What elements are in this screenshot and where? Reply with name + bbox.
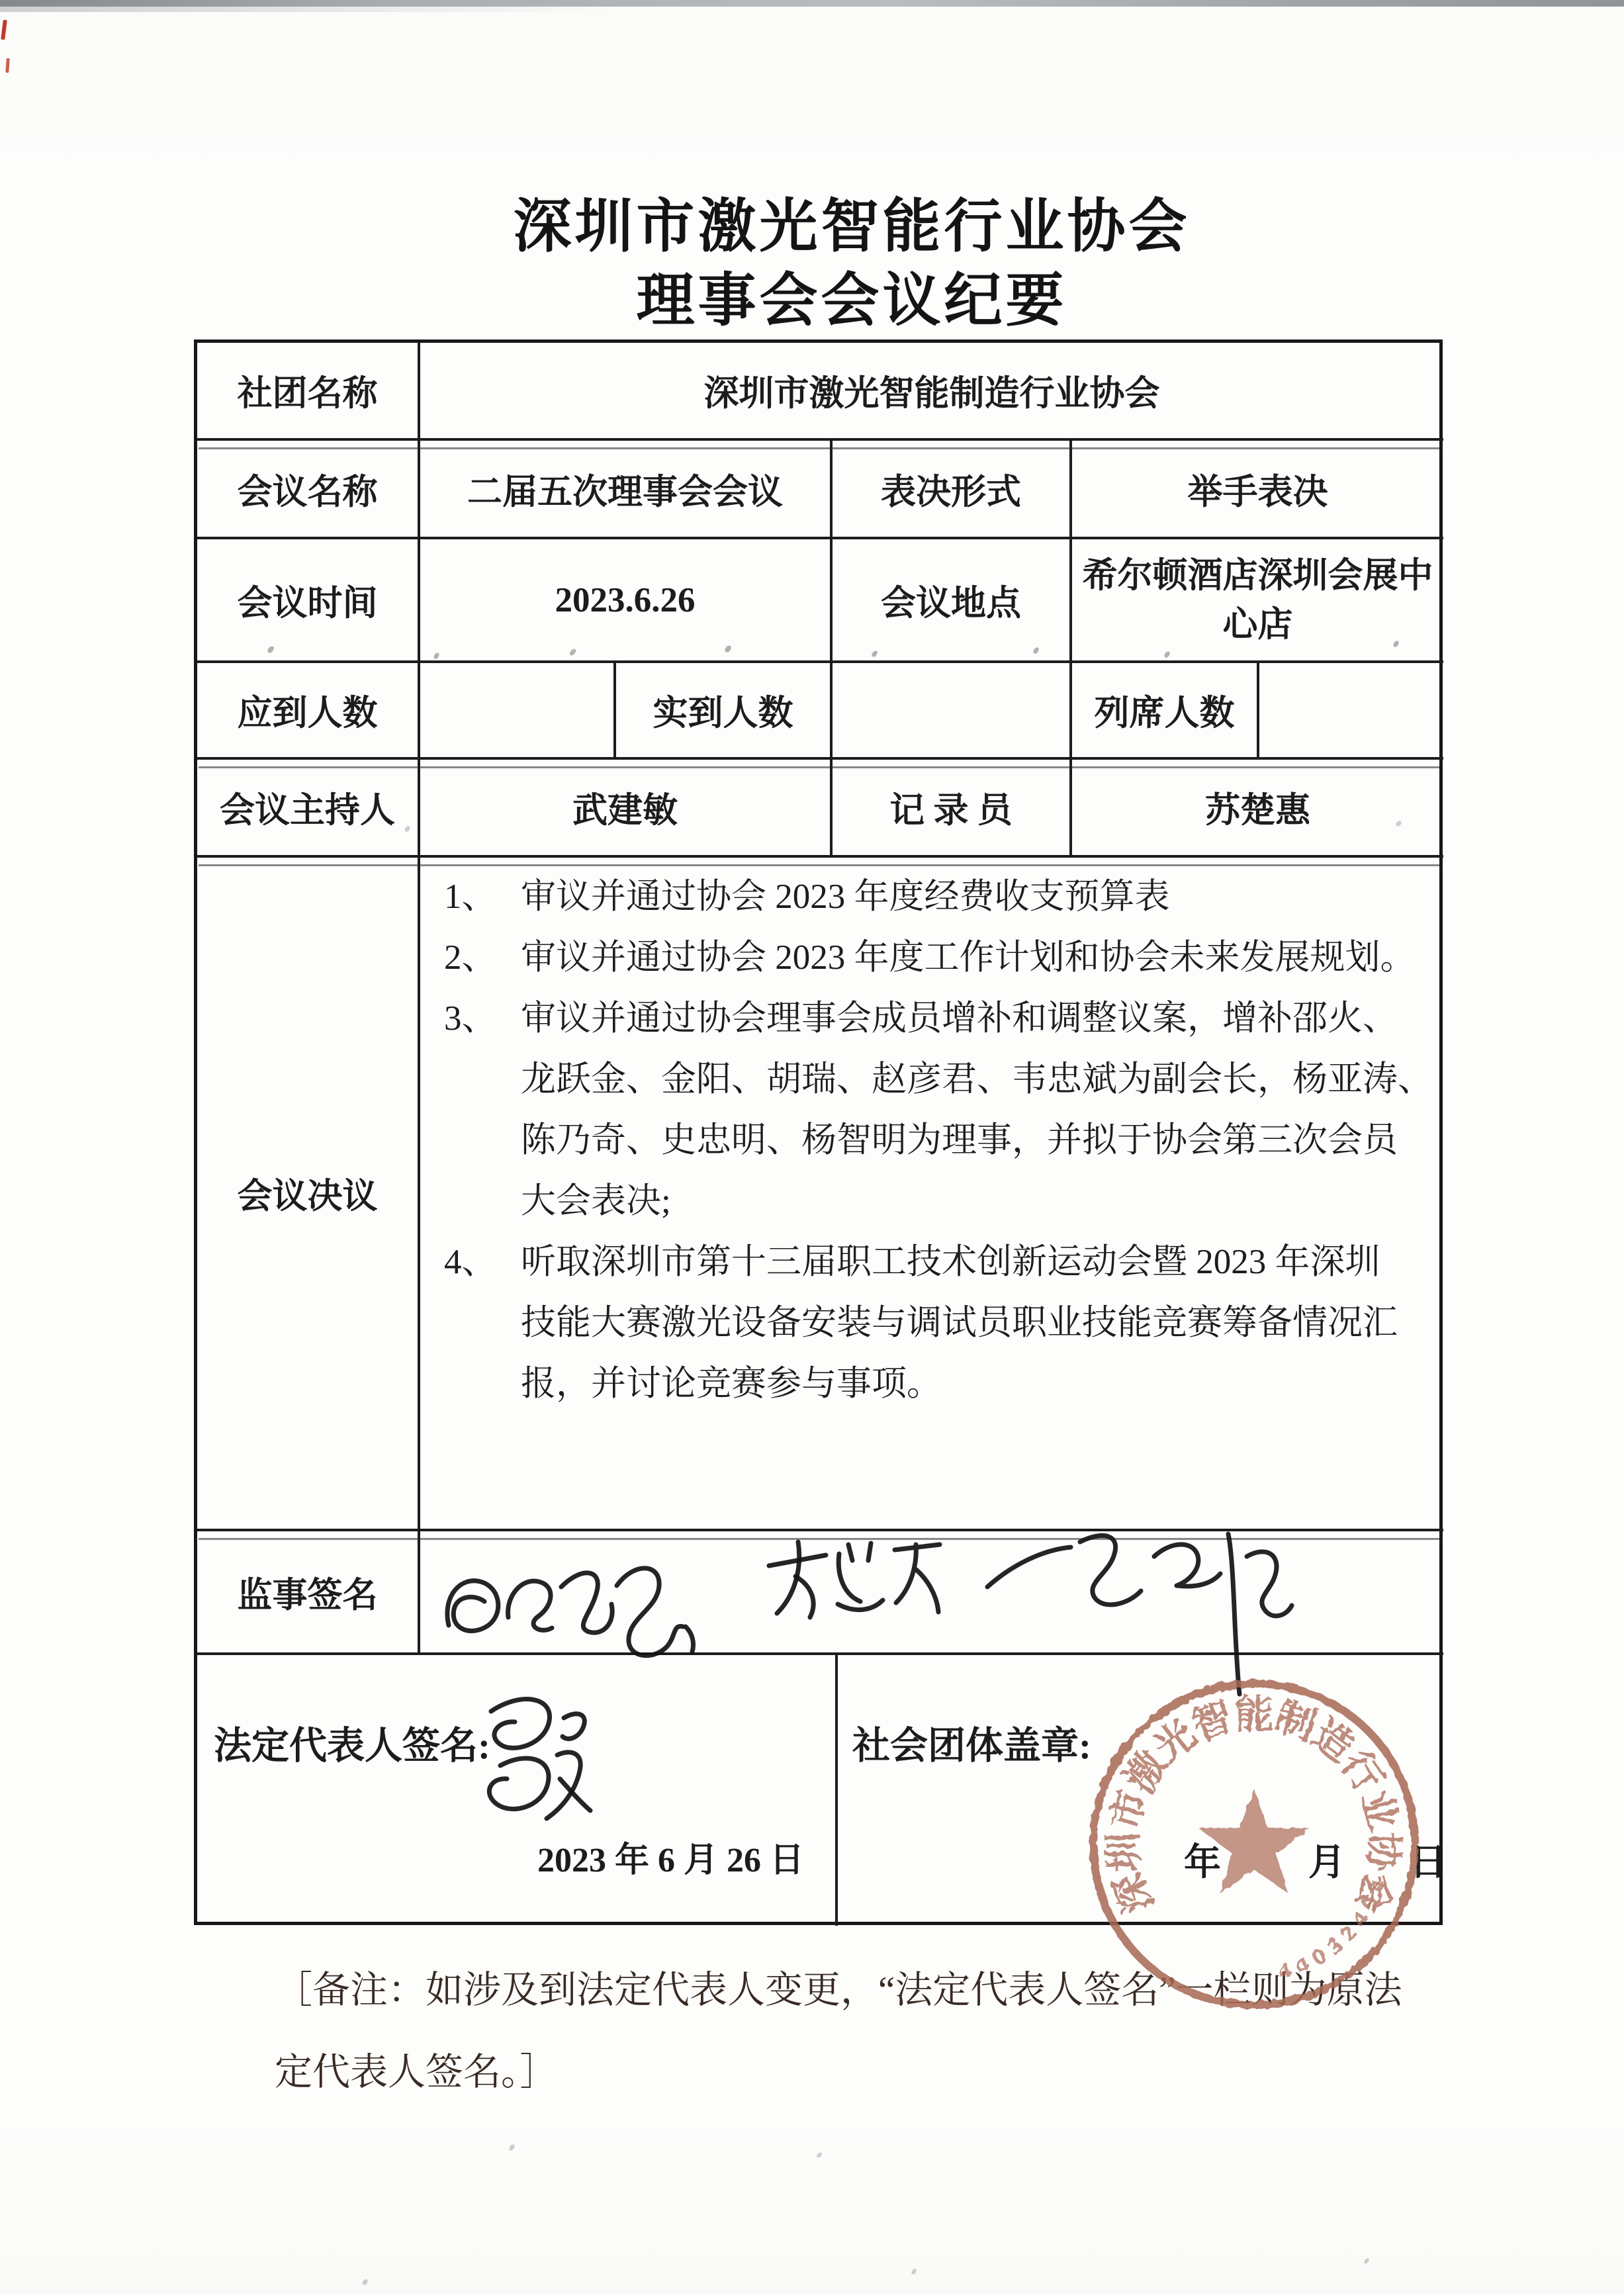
resolution-line: 听取深圳市第十三届职工技术创新运动会暨 2023 年深圳 (521, 1232, 1443, 1292)
expected-count-value-cell (420, 663, 616, 760)
supervisor-sign-label-cell: 监事签名 (197, 1531, 420, 1655)
association-name-label: 社团名称 (238, 365, 378, 416)
meeting-time-label: 会议时间 (238, 575, 378, 625)
seal-date-year: 年 (1184, 1833, 1221, 1886)
resolution-line: 技能大赛激光设备安装与调试员职业技能竞赛筹备情况汇 (521, 1292, 1443, 1353)
association-name-value-cell: 深圳市激光智能制造行业协会 (420, 343, 1443, 441)
association-name-value: 深圳市激光智能制造行业协会 (704, 365, 1160, 416)
scan-speck (911, 2268, 917, 2275)
resolution-line: 大会表决; (521, 1171, 1443, 1232)
scan-edge-artifact (0, 7, 609, 12)
resolution-number: 4、 (444, 1232, 497, 1292)
meeting-place-label-cell: 会议地点 (833, 539, 1072, 663)
legal-rep-sign-cell (197, 1655, 838, 1926)
scan-double-rule (199, 1538, 1439, 1540)
meeting-name-label-cell: 会议名称 (197, 441, 420, 539)
scan-speck (509, 2143, 516, 2151)
resolutions-content-cell: 1、 审议并通过协会 2023 年度经费收支预算表 2、 审议并通过协会 202… (420, 858, 1443, 1531)
scanned-document-page: 深圳市激光智能行业协会 理事会会议纪要 社团名称 深圳市激光智能制造行业协会 会… (0, 0, 1624, 2295)
meeting-place-value: 希尔顿酒店深圳会展中心店 (1072, 551, 1443, 649)
scan-double-rule (199, 766, 1439, 768)
vote-form-value: 举手表决 (1188, 464, 1328, 514)
seal-date-month: 月 (1308, 1833, 1345, 1886)
meeting-time-label-cell: 会议时间 (197, 539, 420, 663)
observer-count-label: 列席人数 (1095, 685, 1235, 735)
resolution-number: 2、 (444, 927, 497, 988)
recorder-label-cell: 记 录 员 (833, 760, 1072, 858)
supervisor-sign-label: 监事签名 (238, 1567, 378, 1617)
observer-count-label-cell: 列席人数 (1072, 663, 1259, 760)
actual-count-value-cell (833, 663, 1072, 760)
expected-count-label-cell: 应到人数 (197, 663, 420, 760)
resolution-item-2: 2、 审议并通过协会 2023 年度工作计划和协会未来发展规划。 (420, 927, 1443, 988)
scan-edge-artifact (0, 0, 1624, 7)
vote-form-value-cell: 举手表决 (1072, 441, 1443, 539)
meeting-time-value-cell: 2023.6.26 (420, 539, 833, 663)
scan-double-rule (199, 864, 1439, 866)
resolutions-label-cell: 会议决议 (197, 858, 420, 1531)
scan-speck (362, 2278, 368, 2285)
legal-rep-date: 2023 年 6 月 26 日 (537, 1832, 804, 1881)
scan-speck (1363, 2257, 1369, 2265)
title-line-2: 理事会会议纪要 (40, 265, 1624, 339)
meeting-time-value: 2023.6.26 (555, 580, 696, 620)
meeting-place-label: 会议地点 (881, 575, 1021, 625)
host-value: 武建敏 (572, 782, 678, 832)
resolutions-label: 会议决议 (238, 1168, 378, 1218)
meeting-name-value: 二届五次理事会会议 (467, 464, 783, 514)
resolution-item-4: 4、 听取深圳市第十三届职工技术创新运动会暨 2023 年深圳 技能大赛激光设备… (420, 1232, 1443, 1414)
vote-form-label: 表决形式 (881, 464, 1021, 514)
resolution-line: 报，并讨论竞赛参与事项。 (521, 1353, 1443, 1414)
resolution-line: 审议并通过协会 2023 年度经费收支预算表 (521, 866, 1443, 927)
resolution-line: 审议并通过协会 2023 年度工作计划和协会未来发展规划。 (521, 927, 1443, 988)
resolution-number: 3、 (444, 988, 497, 1049)
vote-form-label-cell: 表决形式 (833, 441, 1072, 539)
observer-count-value-cell (1259, 663, 1443, 760)
recorder-value-cell: 苏楚惠 (1072, 760, 1443, 858)
association-name-label-cell: 社团名称 (197, 343, 420, 441)
host-label-cell: 会议主持人 (197, 760, 420, 858)
resolution-line: 龙跃金、金阳、胡瑞、赵彦君、韦忠斌为副会长，杨亚涛、 (521, 1049, 1443, 1110)
title-line-1: 深圳市激光智能行业协会 (40, 191, 1624, 265)
scan-double-rule (199, 447, 1439, 449)
footnote: ［备注：如涉及到法定代表人变更，“法定代表人签名”一栏则为原法 定代表人签名。］ (275, 1950, 1402, 2114)
scan-red-mark (1, 20, 7, 40)
recorder-value: 苏楚惠 (1205, 782, 1310, 832)
resolution-number: 1、 (444, 866, 497, 927)
expected-count-label: 应到人数 (238, 685, 378, 735)
scan-red-mark (5, 58, 10, 73)
footnote-line-1: ［备注：如涉及到法定代表人变更，“法定代表人签名”一栏则为原法 (275, 1950, 1402, 2032)
recorder-label: 记 录 员 (889, 782, 1013, 832)
seal-cell (838, 1655, 1443, 1926)
meeting-place-value-cell: 希尔顿酒店深圳会展中心店 (1072, 539, 1443, 663)
footnote-line-2: 定代表人签名。］ (275, 2032, 1402, 2114)
host-value-cell: 武建敏 (420, 760, 833, 858)
actual-count-label-cell: 实到人数 (616, 663, 833, 760)
seal-label: 社会团体盖章: (852, 1715, 1091, 1770)
meeting-name-value-cell: 二届五次理事会会议 (420, 441, 833, 539)
host-label: 会议主持人 (220, 782, 395, 832)
resolution-item-1: 1、 审议并通过协会 2023 年度经费收支预算表 (420, 866, 1443, 927)
document-title: 深圳市激光智能行业协会 理事会会议纪要 (40, 191, 1624, 339)
resolution-item-3: 3、 审议并通过协会理事会成员增补和调整议案，增补邵火、 龙跃金、金阳、胡瑞、赵… (420, 988, 1443, 1232)
seal-date-day: 日 (1410, 1833, 1447, 1886)
resolution-line: 审议并通过协会理事会成员增补和调整议案，增补邵火、 (521, 988, 1443, 1049)
supervisor-signatures-cell (420, 1531, 1443, 1655)
resolution-line: 陈乃奇、史忠明、杨智明为理事，并拟于协会第三次会员 (521, 1110, 1443, 1171)
minutes-table: 社团名称 深圳市激光智能制造行业协会 会议名称 二届五次理事会会议 表决形式 举… (194, 339, 1443, 1925)
actual-count-label: 实到人数 (653, 685, 793, 735)
meeting-name-label: 会议名称 (238, 464, 378, 514)
scan-speck (816, 2151, 823, 2159)
legal-rep-label: 法定代表人签名: (214, 1715, 490, 1770)
